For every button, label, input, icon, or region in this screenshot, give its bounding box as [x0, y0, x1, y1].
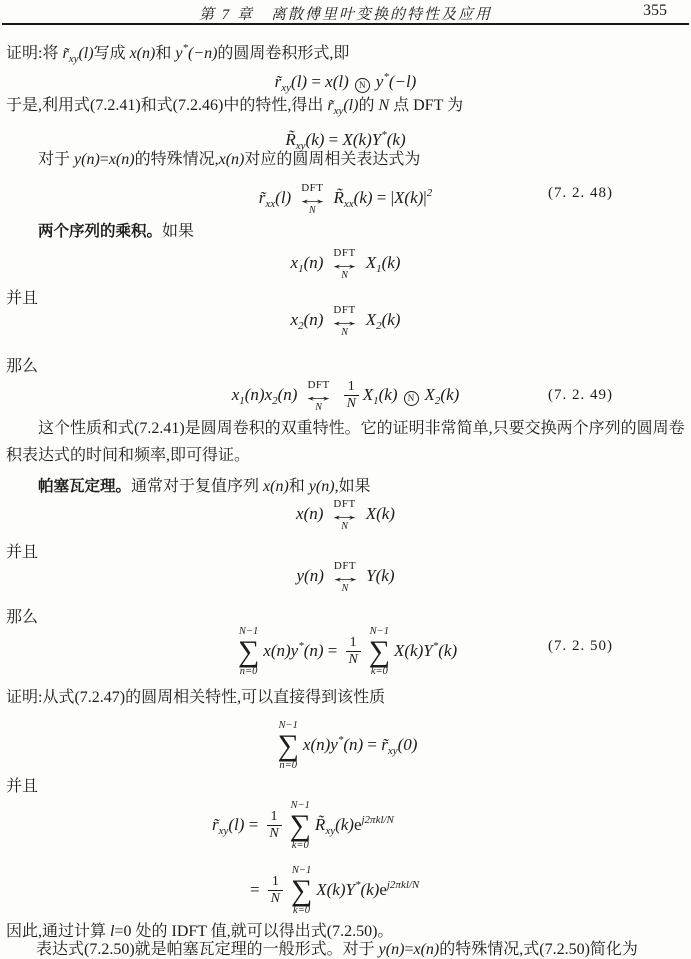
math-italic: (−n): [188, 45, 217, 62]
math-italic: x(n): [109, 151, 135, 168]
text-run: 的: [358, 97, 378, 114]
subscript: xy: [388, 745, 398, 757]
sigma-glyph: ∑: [369, 638, 390, 667]
text-run: 证明:从式(7.2.47)的圆周相关特性,可以直接得到该性质: [6, 689, 385, 706]
arrow-glyph: ↔: [327, 572, 363, 584]
math-italic: (n): [278, 385, 298, 404]
math-italic: x: [291, 310, 299, 329]
math-italic: N: [378, 97, 389, 114]
equation: x(n)DFT↔NX(k): [0, 489, 691, 539]
text-run: e: [354, 815, 362, 834]
fraction-denominator: N: [348, 652, 357, 668]
math-italic: (k): [382, 310, 401, 329]
math-italic: y(n): [74, 151, 100, 168]
math-italic: (k): [360, 880, 379, 899]
fraction-denominator: N: [347, 396, 356, 412]
text-run: 和: [155, 45, 175, 62]
math-italic: Y(k): [366, 566, 394, 585]
dft-transform-arrow-icon: DFT↔N: [301, 183, 323, 216]
math-italic: (k): [387, 130, 406, 149]
fraction-numerator: 1: [344, 380, 359, 396]
superscript: j2πkl/N: [362, 814, 394, 826]
dft-transform-arrow-icon: DFT↔N: [333, 305, 355, 338]
sum-lower-limit: k=0: [371, 666, 388, 678]
math-italic: (n)x: [245, 385, 272, 404]
math-italic: x(n): [219, 151, 245, 168]
text-run: 对应的圆周相关表达式为: [244, 151, 420, 168]
summation-symbol: N−1∑k=0: [290, 800, 311, 852]
text-run: 的特殊情况,: [135, 151, 219, 168]
text-run: = |: [373, 188, 395, 207]
page: 第 7 章 离散傅里叶变换的特性及应用 355 证明:将 r̃xy(l)写成 x…: [0, 0, 691, 959]
sigma-glyph: ∑: [290, 812, 311, 841]
equation: x2(n)DFT↔NX2(k): [0, 295, 691, 345]
equation: r̃xy(l) = 1NN−1∑k=0R̃xy(k)ej2πkl/N: [212, 792, 394, 848]
text-run: 这个性质和式(7.2.41)是圆周卷积的双重特性。它的证明非常简单,只要交换两个…: [6, 420, 685, 464]
math-italic: x(n): [130, 45, 156, 62]
fraction-denominator: N: [269, 826, 278, 842]
math-italic: (−l): [389, 72, 417, 91]
text-run: 证明:将: [6, 45, 62, 62]
math-italic: x(n)y: [263, 641, 298, 660]
math-italic: X(k)Y: [394, 641, 433, 660]
sum-lower-limit: k=0: [292, 840, 309, 852]
math-italic: X: [366, 253, 376, 272]
superscript: 2: [427, 187, 433, 199]
fraction-numerator: 1: [346, 636, 361, 652]
text-run: =: [324, 130, 342, 149]
fraction: 1N: [267, 810, 282, 841]
arrow-glyph: ↔: [301, 391, 337, 403]
superscript: j2πkl/N: [387, 879, 419, 891]
equation: x1(n)DFT↔NX1(k): [0, 238, 691, 288]
equation: y(n)DFT↔NY(k): [0, 551, 691, 601]
equation: R̃xy(k) = X(k)Y*(k): [0, 120, 691, 150]
math-italic: (l): [291, 72, 307, 91]
math-italic: (k): [306, 130, 325, 149]
chapter-title: 第 7 章 离散傅里叶变换的特性及应用: [0, 3, 691, 24]
text-run: =: [244, 815, 262, 834]
math-italic: x(n): [413, 941, 439, 958]
paragraph: 表达式(7.2.50)就是帕塞瓦定理的一般形式。对于 y(n)=x(n)的特殊情…: [36, 938, 638, 959]
subscript: xy: [334, 105, 344, 117]
page-number: 355: [643, 2, 667, 20]
math-italic: (n): [304, 641, 324, 660]
dft-transform-arrow-icon: DFT↔N: [333, 248, 355, 281]
sum-lower-limit: k=0: [293, 905, 310, 917]
math-italic: X: [425, 385, 435, 404]
math-italic: x(n)y: [303, 735, 338, 754]
arrow-glyph: ↔: [327, 316, 363, 328]
fraction-numerator: 1: [267, 810, 282, 826]
math-italic: (k): [354, 188, 373, 207]
math-italic: (k): [335, 815, 354, 834]
paragraph: 证明:从式(7.2.47)的圆周相关特性,可以直接得到该性质: [6, 686, 385, 710]
math-italic: (l): [78, 45, 93, 62]
summation-symbol: N−1∑k=0: [291, 865, 312, 917]
text-run: =: [100, 151, 109, 168]
fraction: 1N: [346, 636, 361, 667]
text-run: 点 DFT 为: [389, 97, 463, 114]
subscript: xx: [344, 198, 354, 210]
equation-number: (7. 2. 48): [548, 168, 613, 218]
math-italic: (n): [304, 310, 324, 329]
math-italic: r̃: [381, 735, 388, 754]
fraction: 1N: [268, 875, 283, 906]
text-run: =: [363, 735, 381, 754]
subscript: xy: [281, 82, 291, 94]
fraction-denominator: N: [271, 891, 280, 907]
sum-lower-limit: n=0: [240, 666, 258, 678]
math-italic: y(n): [297, 566, 324, 585]
text-run: 并且: [6, 778, 38, 795]
math-italic: R̃: [285, 130, 295, 149]
equation-number: (7. 2. 50): [548, 618, 613, 674]
equation: = 1NN−1∑k=0X(k)Y*(k)ej2πkl/N: [250, 857, 419, 913]
math-italic: x(l): [325, 72, 349, 91]
fraction-numerator: 1: [268, 875, 283, 891]
sigma-glyph: ∑: [278, 732, 299, 761]
text-run: 表达式(7.2.50)就是帕塞瓦定理的一般形式。对于: [36, 941, 379, 958]
arrow-glyph: ↔: [327, 259, 363, 271]
math-italic: (l): [343, 97, 358, 114]
math-italic: (k): [438, 641, 457, 660]
subscript: xy: [219, 825, 229, 837]
text-run: 写成: [94, 45, 130, 62]
sigma-glyph: ∑: [238, 638, 259, 667]
math-italic: (k): [379, 385, 398, 404]
text-run: 的圆周卷积形式,即: [217, 45, 349, 62]
equation: N−1∑n=0x(n)y*(n) = 1NN−1∑k=0X(k)Y*(k)(7.…: [0, 618, 691, 674]
text-run: 的特殊情况,式(7.2.50)简化为: [439, 941, 638, 958]
math-italic: (n): [343, 735, 363, 754]
text-run: =: [307, 72, 325, 91]
subscript: xx: [265, 198, 275, 210]
equation: r̃xy(l) = x(l)Ny*(−l): [0, 62, 691, 92]
math-italic: (n): [304, 253, 324, 272]
equation-number: (7. 2. 49): [548, 370, 613, 420]
math-italic: X(k)Y: [343, 130, 382, 149]
sigma-glyph: ∑: [291, 877, 312, 906]
header-rule: [2, 23, 689, 25]
arrow-glyph: ↔: [294, 194, 330, 206]
text-run: e: [379, 880, 387, 899]
text-run: 对于: [38, 151, 74, 168]
math-italic: X: [363, 385, 373, 404]
math-italic: X(k): [394, 188, 423, 207]
math-italic: x(n): [296, 504, 323, 523]
summation-symbol: N−1∑n=0: [238, 626, 259, 678]
math-italic: X(k)Y: [316, 880, 355, 899]
equation: x1(n)x2(n)DFT↔N1NX1(k)NX2(k)(7. 2. 49): [0, 370, 691, 420]
equation: N−1∑n=0x(n)y*(n) = r̃xy(0): [0, 712, 691, 768]
subscript: xy: [325, 825, 335, 837]
math-italic: (0): [398, 735, 418, 754]
dft-transform-arrow-icon: DFT↔N: [333, 499, 355, 532]
page-header: 第 7 章 离散傅里叶变换的特性及应用 355: [0, 0, 691, 22]
math-italic: X: [366, 310, 376, 329]
dft-transform-arrow-icon: DFT↔N: [334, 561, 356, 594]
math-italic: x: [291, 253, 299, 272]
math-italic: y(n): [379, 941, 405, 958]
circular-convolution-operator-icon: N: [404, 391, 419, 406]
paragraph: 并且: [6, 775, 38, 799]
math-italic: (l): [228, 815, 244, 834]
paragraph: 于是,利用式(7.2.41)和式(7.2.46)中的特性,得出 r̃xy(l)的…: [6, 94, 463, 123]
equation: r̃xx(l)DFT↔NR̃xx(k) = |X(k)|2(7. 2. 48): [0, 168, 691, 218]
circular-convolution-operator-icon: N: [355, 78, 370, 93]
math-italic: (l): [275, 188, 291, 207]
arrow-glyph: ↔: [327, 510, 363, 522]
summation-symbol: N−1∑n=0: [278, 720, 299, 772]
math-italic: X(k): [366, 504, 395, 523]
math-italic: (k): [382, 253, 401, 272]
fraction: 1N: [344, 380, 359, 411]
summation-symbol: N−1∑k=0: [369, 626, 390, 678]
dft-transform-arrow-icon: DFT↔N: [307, 380, 329, 413]
math-italic: R̃: [315, 815, 325, 834]
paragraph: 这个性质和式(7.2.41)是圆周卷积的双重特性。它的证明非常简单,只要交换两个…: [6, 415, 685, 469]
math-italic: r̃: [212, 815, 219, 834]
text-run: 于是,利用式(7.2.41)和式(7.2.46)中的特性,得出: [6, 97, 327, 114]
sum-lower-limit: n=0: [279, 760, 297, 772]
math-italic: (k): [440, 385, 459, 404]
text-run: =: [250, 880, 264, 899]
math-italic: R̃: [334, 188, 344, 207]
text-run: =: [324, 641, 342, 660]
